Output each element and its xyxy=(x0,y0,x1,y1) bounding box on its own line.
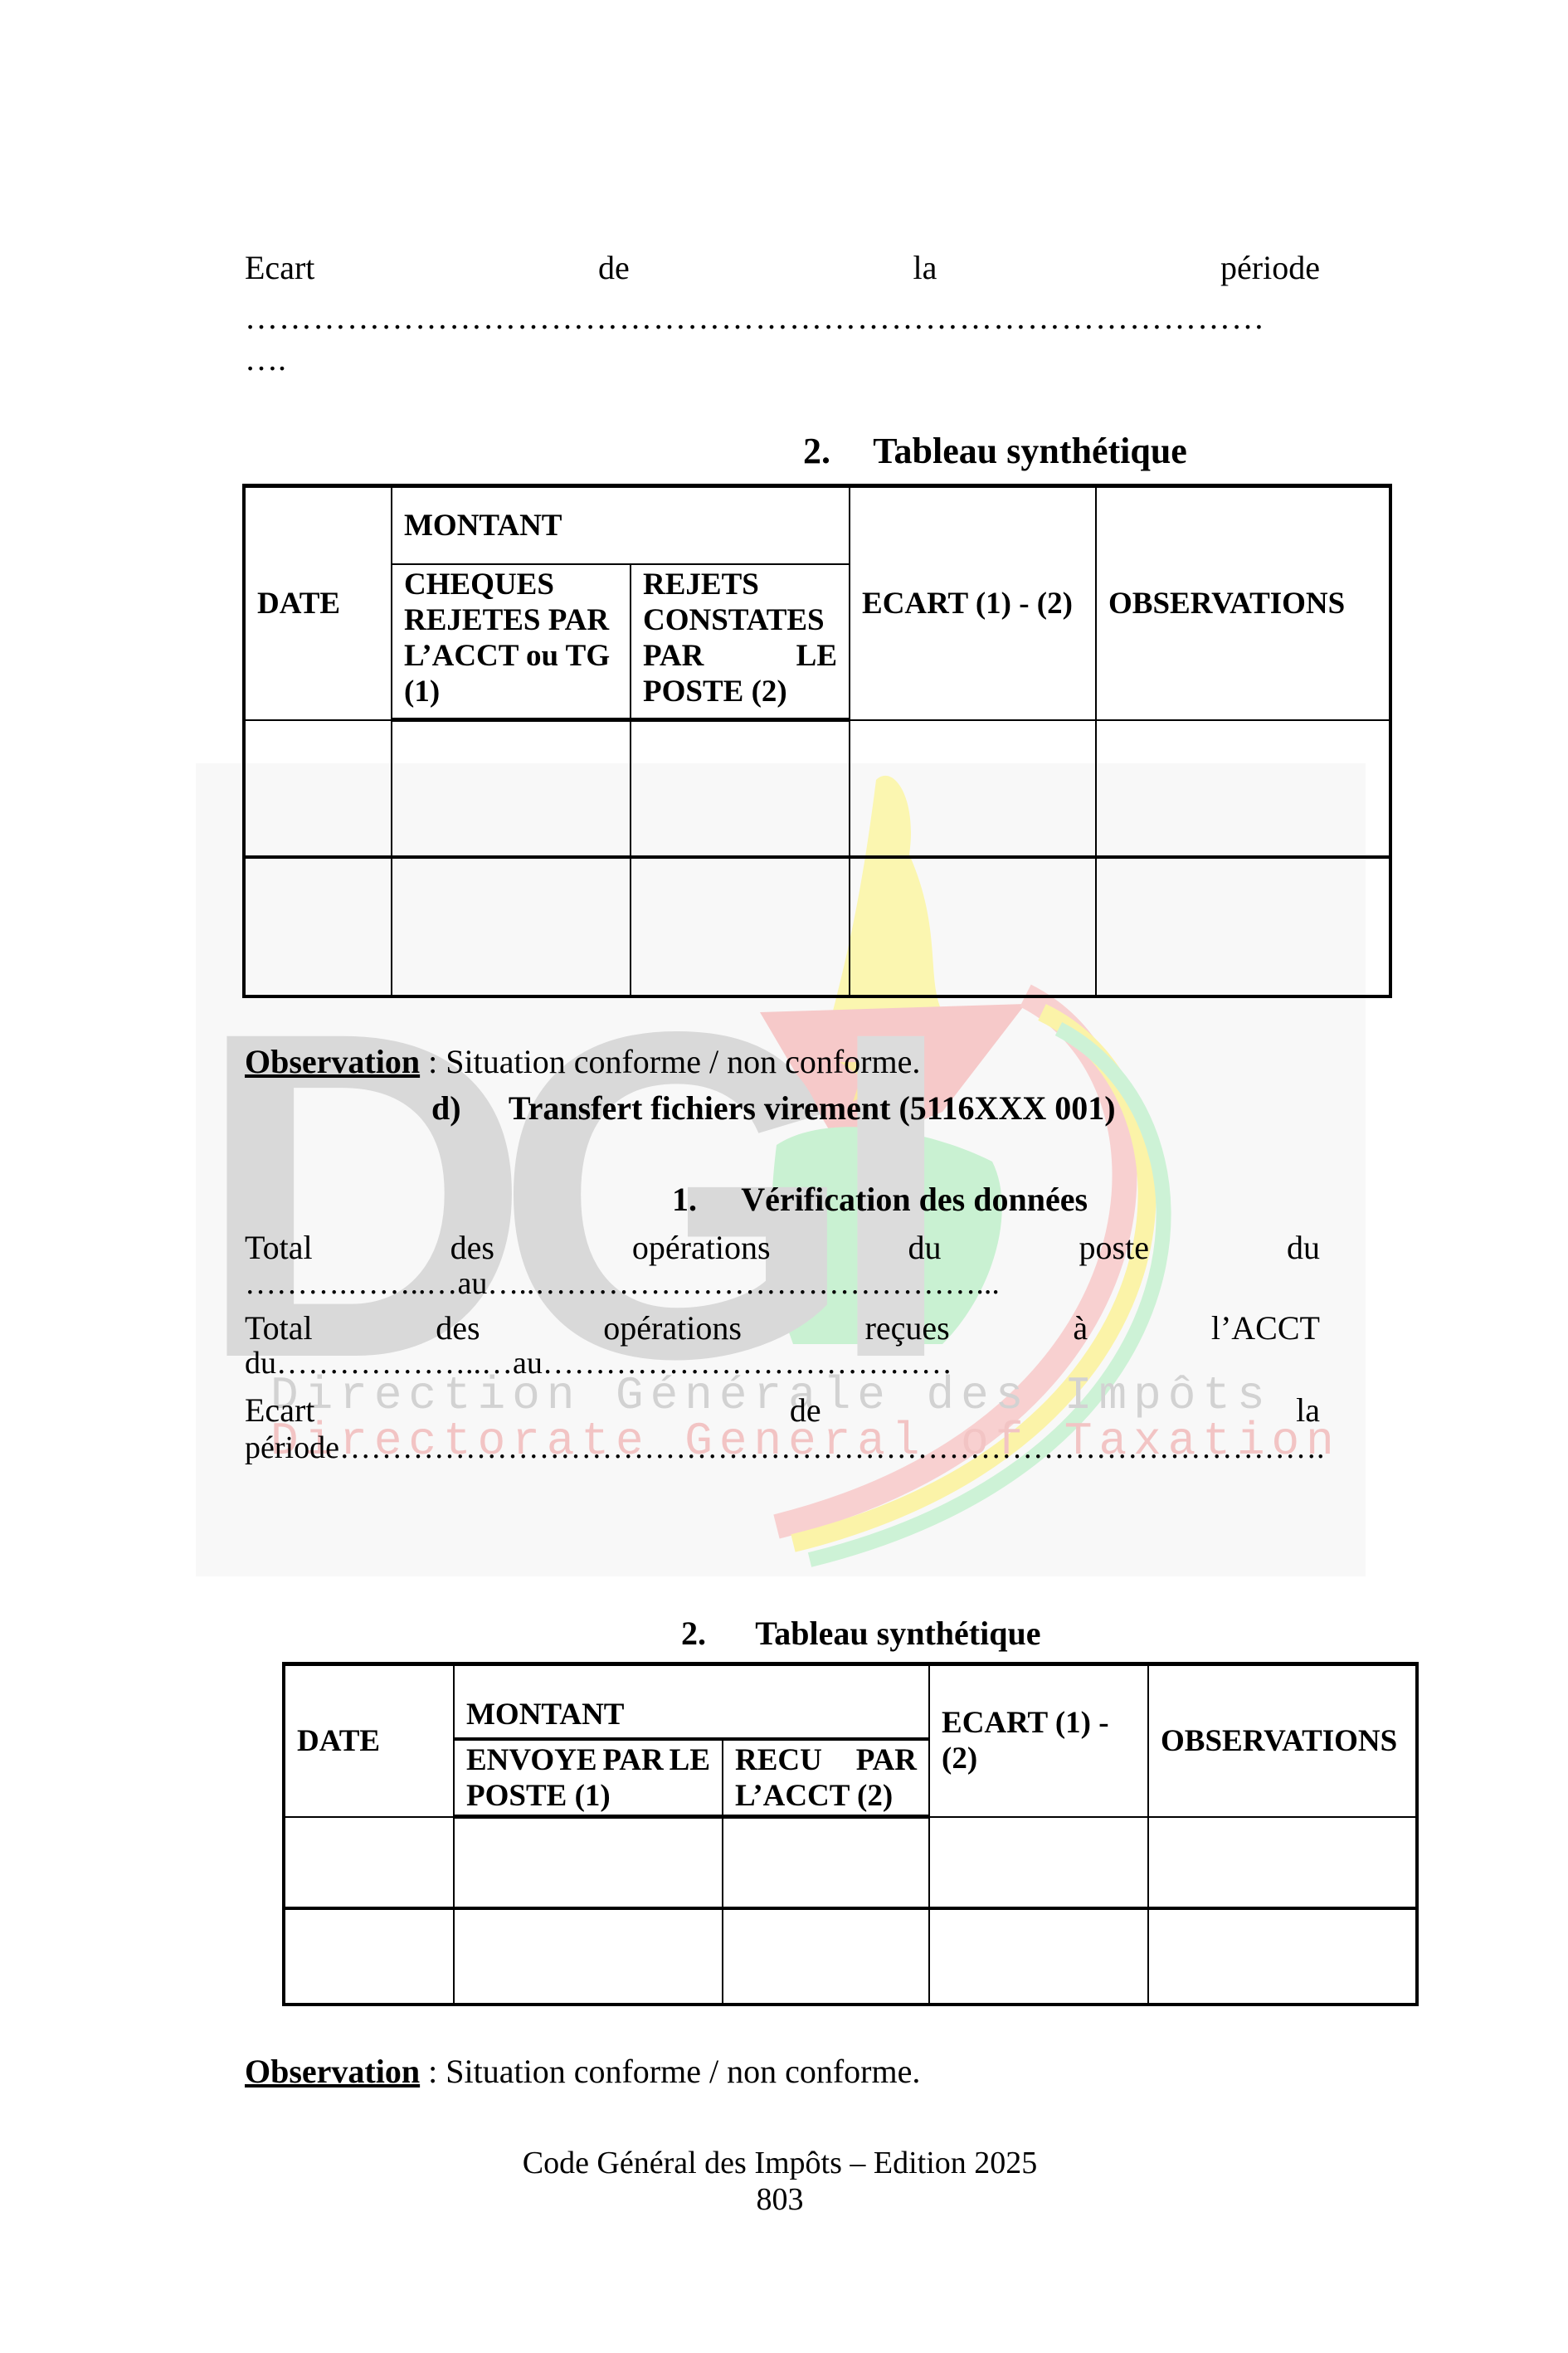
observation-2: Observation : Situation conforme / non c… xyxy=(245,2053,1320,2091)
page-number: 803 xyxy=(0,2181,1560,2218)
total-poste-dates: ……….……..…au…..……………………………………... xyxy=(245,1264,1320,1303)
header-cheques-rejetes: CHEQUES REJETES PAR L’ACCT ou TG (1) xyxy=(392,564,631,720)
header-line: RECUPAR xyxy=(735,1742,917,1778)
word: du xyxy=(1287,1229,1320,1267)
ecart-periode-dots-2: période…………………………………………………………………………………. xyxy=(245,1429,1320,1467)
header-montant: MONTANT xyxy=(392,486,850,564)
cell-observations[interactable] xyxy=(1096,720,1390,857)
ecart-line: Ecart de la xyxy=(245,1391,1320,1430)
cell-observations[interactable] xyxy=(1096,857,1390,996)
word: poste xyxy=(1079,1229,1149,1267)
word: de xyxy=(790,1391,821,1430)
word: à xyxy=(1073,1309,1088,1347)
header-line: PARLE xyxy=(643,638,837,674)
header-line: ENVOYEPARLE xyxy=(466,1742,710,1778)
table-row xyxy=(244,720,1390,857)
header-envoye-poste: ENVOYEPARLE POSTE (1) xyxy=(454,1739,723,1817)
header-recu-acct: RECUPAR L’ACCT (2) xyxy=(723,1739,929,1817)
word: Ecart xyxy=(245,1391,314,1430)
section-d-title: Transfert fichiers virement (5116XXX 001… xyxy=(509,1089,1116,1127)
header-observations: OBSERVATIONS xyxy=(1096,486,1390,720)
ecart-periode-dots-tail: …. xyxy=(245,340,1320,378)
table2-title-number: 2. xyxy=(681,1615,706,1652)
header-montant: MONTANT xyxy=(454,1664,929,1739)
cell-cheques-rejetes[interactable] xyxy=(392,720,631,857)
word: Total xyxy=(245,1229,313,1267)
cell-ecart[interactable] xyxy=(850,720,1096,857)
verification-number: 1. xyxy=(672,1181,697,1218)
observation-label: Observation xyxy=(245,2053,420,2090)
cell-date[interactable] xyxy=(284,1817,454,1908)
word: des xyxy=(450,1229,494,1267)
total-acct-dates: du………………..…au………………………………… xyxy=(245,1344,1320,1382)
table2-title-text: Tableau synthétique xyxy=(755,1615,1040,1652)
word: Total xyxy=(245,1309,313,1347)
cell-cheques-rejetes[interactable] xyxy=(392,857,631,996)
footer-title: Code Général des Impôts – Edition 2025 xyxy=(0,2145,1560,2181)
header-ecart: ECART (1) - (2) xyxy=(850,486,1096,720)
header-line: CHEQUES xyxy=(404,567,618,602)
cell-date[interactable] xyxy=(284,1908,454,2005)
header-line: CONSTATES xyxy=(643,602,837,638)
word: la xyxy=(1296,1391,1320,1430)
header-line: REJETS xyxy=(643,567,837,602)
header-observations: OBSERVATIONS xyxy=(1148,1664,1417,1817)
table2-title: 2. Tableau synthétique xyxy=(681,1615,1040,1653)
word: période xyxy=(1220,249,1320,287)
table2-synthese: DATE MONTANT ECART (1) - (2) OBSERVATION… xyxy=(282,1662,1419,2006)
section-d-marker: d) xyxy=(431,1089,461,1127)
ecart-periode-line: Ecart de la période xyxy=(245,249,1320,287)
cell-date[interactable] xyxy=(244,720,392,857)
table1-title-number: 2. xyxy=(803,431,830,471)
word: des xyxy=(436,1309,480,1347)
cell-date[interactable] xyxy=(244,857,392,996)
word: reçues xyxy=(865,1309,950,1347)
header-ecart: ECART (1) - (2) xyxy=(929,1664,1148,1817)
table-row xyxy=(284,1817,1417,1908)
cell-recu-acct[interactable] xyxy=(723,1908,929,2005)
word: l’ACCT xyxy=(1211,1309,1320,1347)
total-poste-line: Total des opérations du poste du xyxy=(245,1229,1320,1267)
word: la xyxy=(913,249,937,287)
word: de xyxy=(598,249,630,287)
table1-title: 2. Tableau synthétique xyxy=(803,430,1187,473)
word: opérations xyxy=(603,1309,742,1347)
verification-title: Vérification des données xyxy=(741,1181,1088,1218)
header-line: (1) xyxy=(404,674,618,709)
cell-rejets-constates[interactable] xyxy=(631,857,850,996)
word: Ecart xyxy=(245,249,314,287)
observation-1: Observation : Situation conforme / non c… xyxy=(245,1043,1320,1081)
ecart-periode-dots: ……………………………………………………………………………… xyxy=(245,299,1320,337)
header-line: L’ACCT ou TG xyxy=(404,638,618,674)
header-line: POSTE (2) xyxy=(643,674,837,709)
header-date: DATE xyxy=(284,1664,454,1817)
header-date: DATE xyxy=(244,486,392,720)
header-line: L’ACCT (2) xyxy=(735,1778,917,1814)
header-line: POSTE (1) xyxy=(466,1778,710,1814)
observation-label: Observation xyxy=(245,1043,420,1080)
page-footer: Code Général des Impôts – Edition 2025 8… xyxy=(0,2145,1560,2218)
cell-envoye-poste[interactable] xyxy=(454,1908,723,2005)
word: du xyxy=(908,1229,942,1267)
cell-ecart[interactable] xyxy=(929,1908,1148,2005)
header-rejets-constates: REJETS CONSTATES PARLE POSTE (2) xyxy=(631,564,850,720)
cell-observations[interactable] xyxy=(1148,1908,1417,2005)
table1-title-text: Tableau synthétique xyxy=(873,431,1187,471)
cell-ecart[interactable] xyxy=(929,1817,1148,1908)
verification-heading: 1. Vérification des données xyxy=(672,1181,1088,1219)
observation-text: : Situation conforme / non conforme. xyxy=(420,1043,920,1080)
table1-synthese: DATE MONTANT ECART (1) - (2) OBSERVATION… xyxy=(242,484,1392,998)
word: opérations xyxy=(632,1229,771,1267)
cell-ecart[interactable] xyxy=(850,857,1096,996)
cell-observations[interactable] xyxy=(1148,1817,1417,1908)
cell-envoye-poste[interactable] xyxy=(454,1817,723,1908)
cell-rejets-constates[interactable] xyxy=(631,720,850,857)
table-row xyxy=(244,857,1390,996)
cell-recu-acct[interactable] xyxy=(723,1817,929,1908)
total-acct-line: Total des opérations reçues à l’ACCT xyxy=(245,1309,1320,1347)
section-d-heading: d) Transfert fichiers virement (5116XXX … xyxy=(431,1089,1116,1128)
header-line: REJETES PAR xyxy=(404,602,618,638)
observation-text: : Situation conforme / non conforme. xyxy=(420,2053,920,2090)
table-row xyxy=(284,1908,1417,2005)
